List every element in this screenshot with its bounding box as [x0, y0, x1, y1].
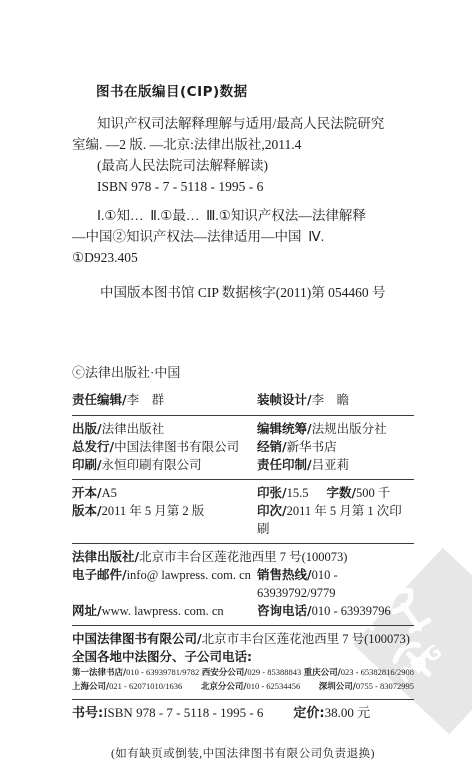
email-label: 电子邮件/	[72, 567, 127, 582]
table-row: 网址/www. lawpress. com. cn 咨询电话/010 - 639…	[72, 602, 414, 620]
print-supervisor-label: 责任印制/	[257, 457, 312, 472]
cip-record-number: 中国版本图书馆 CIP 数据核字(2011)第 054460 号	[100, 281, 414, 301]
designer-value: 李 瞻	[312, 393, 350, 407]
printer-field: 印刷/永恒印刷有限公司	[72, 456, 257, 474]
table-row: 开本/A5 印张/15.5字数/500 千	[72, 484, 414, 502]
impression-label: 印次/	[257, 503, 287, 518]
sheets-words-field: 印张/15.5字数/500 千	[257, 484, 414, 502]
branch-phone: 010 - 62534456	[246, 681, 300, 691]
sheets-label: 印张/	[257, 485, 287, 500]
branch-phone: 021 - 62071010/1636	[109, 681, 182, 691]
branch-entry: 第一法律书店/010 - 63939781/9782	[72, 666, 199, 680]
company-address-row: 中国法律图书有限公司/北京市丰台区莲花池西里 7 号(100073)	[72, 630, 414, 648]
table-row: 电子邮件/info@ lawpress. com. cn 销售热线/010 - …	[72, 566, 414, 602]
return-policy-note: (如有缺页或倒装,中国法律图书有限公司负责退换)	[72, 745, 414, 761]
credits-row: 责任编辑/李 群 装帧设计/李 瞻	[72, 389, 414, 415]
table-row: 版本/2011 年 5 月第 2 版 印次/2011 年 5 月第 1 次印刷	[72, 502, 414, 538]
sheets-value: 15.5	[287, 486, 309, 500]
company-value: 北京市丰台区莲花池西里 7 号(100073)	[202, 632, 410, 646]
press-label: 法律出版社/	[72, 549, 139, 564]
designer-label: 装帧设计/	[257, 392, 312, 407]
seller-value: 新华书店	[287, 440, 337, 454]
print-supervisor-value: 吕亚莉	[312, 458, 350, 472]
publisher-value: 法律出版社	[102, 422, 165, 436]
cip-heading: 图书在版编目(CIP)数据	[96, 80, 414, 100]
table-row: 印刷/永恒印刷有限公司 责任印制/吕亚莉	[72, 456, 414, 474]
price-label: 定价:	[293, 706, 324, 721]
editor-label: 责任编辑/	[72, 392, 127, 407]
branch-label: 第一法律书店/	[72, 668, 126, 678]
book-number-value: ISBN 978 - 7 - 5118 - 1995 - 6	[103, 705, 263, 720]
branch-label: 北京分公司/	[201, 682, 247, 692]
cip-publisher-line: 室编. —2 版. —北京:法律出版社,2011.4	[72, 134, 414, 155]
inquiry-field: 咨询电话/010 - 63939796	[257, 602, 414, 620]
seller-field: 经销/新华书店	[257, 438, 414, 456]
branches-block: 中国法律图书有限公司/北京市丰台区莲花池西里 7 号(100073) 全国各地中…	[72, 625, 414, 699]
branch-phones-row-1: 第一法律书店/010 - 63939781/9782 西安分公司/029 - 8…	[72, 666, 414, 680]
cip-classification-line-3: ①D923.405	[72, 247, 414, 268]
branch-entry: 重庆公司/023 - 65382816/2908	[304, 666, 414, 680]
format-block: 开本/A5 印张/15.5字数/500 千 版本/2011 年 5 月第 2 版…	[72, 479, 414, 543]
contact-block: 法律出版社/北京市丰台区莲花池西里 7 号(100073) 电子邮件/info@…	[72, 543, 414, 625]
website-field: 网址/www. lawpress. com. cn	[72, 602, 257, 620]
format-field: 开本/A5	[72, 484, 257, 502]
table-row: 总发行/中国法律图书有限公司 经销/新华书店	[72, 438, 414, 456]
printer-label: 印刷/	[72, 457, 102, 472]
colophon-table: 责任编辑/李 群 装帧设计/李 瞻 出版/法律出版社 编辑统筹/法规出版分社 总…	[72, 389, 414, 729]
publishing-block: 出版/法律出版社 编辑统筹/法规出版分社 总发行/中国法律图书有限公司 经销/新…	[72, 415, 414, 479]
words-value: 500 千	[356, 486, 390, 500]
price-field: 定价:38.00 元	[293, 703, 370, 724]
branch-label: 深圳公司/	[319, 682, 356, 692]
branch-phone: 010 - 63939781/9782	[126, 667, 199, 677]
branch-label: 重庆公司/	[304, 668, 341, 678]
cip-title-line: 知识产权司法解释理解与适用/最高人民法院研究	[72, 113, 414, 134]
seller-label: 经销/	[257, 439, 287, 454]
inquiry-label: 咨询电话/	[257, 603, 312, 618]
copyright-line: ⓒ法律出版社·中国	[72, 362, 414, 381]
coordination-label: 编辑统筹/	[257, 421, 312, 436]
edition-value: 2011 年 5 月第 2 版	[102, 504, 205, 518]
branch-label: 上海公司/	[72, 682, 109, 692]
press-address-row: 法律出版社/北京市丰台区莲花池西里 7 号(100073)	[72, 548, 414, 566]
branch-entry: 西安分公司/029 - 85388843	[202, 666, 301, 680]
edition-field: 版本/2011 年 5 月第 2 版	[72, 502, 257, 538]
table-row: 出版/法律出版社 编辑统筹/法规出版分社	[72, 420, 414, 438]
edition-label: 版本/	[72, 503, 102, 518]
coordination-value: 法规出版分社	[312, 422, 387, 436]
branch-phone: 029 - 85388843	[247, 667, 301, 677]
branch-label: 西安分公司/	[202, 668, 248, 678]
isbn-price-block: 书号:ISBN 978 - 7 - 5118 - 1995 - 6 定价:38.…	[72, 699, 414, 729]
publisher-label: 出版/	[72, 421, 102, 436]
designer-field: 装帧设计/李 瞻	[257, 391, 414, 409]
branch-phone: 023 - 65382816/2908	[341, 667, 414, 677]
branches-intro-row: 全国各地中法图分、子公司电话:	[72, 648, 414, 666]
branch-entry: 北京分公司/010 - 62534456	[201, 680, 300, 694]
coordination-field: 编辑统筹/法规出版分社	[257, 420, 414, 438]
email-field: 电子邮件/info@ lawpress. com. cn	[72, 566, 257, 602]
book-number-label: 书号:	[72, 706, 103, 721]
words-label: 字数/	[326, 485, 356, 500]
format-label: 开本/	[72, 485, 102, 500]
print-supervisor-field: 责任印制/吕亚莉	[257, 456, 414, 474]
branch-entry: 上海公司/021 - 62071010/1636	[72, 680, 182, 694]
publisher-field: 出版/法律出版社	[72, 420, 257, 438]
cip-series-line: (最高人民法院司法解释解读)	[72, 155, 414, 176]
printer-value: 永恒印刷有限公司	[102, 458, 202, 472]
branch-phone: 0755 - 83072995	[356, 681, 414, 691]
format-value: A5	[102, 486, 117, 500]
company-label: 中国法律图书有限公司/	[72, 631, 202, 646]
website-label: 网址/	[72, 603, 102, 618]
distributor-label: 总发行/	[72, 439, 114, 454]
price-value: 38.00 元	[325, 705, 371, 720]
editor-field: 责任编辑/李 群	[72, 391, 257, 409]
book-number-field: 书号:ISBN 978 - 7 - 5118 - 1995 - 6	[72, 703, 263, 724]
branch-phones-row-2: 上海公司/021 - 62071010/1636 北京分公司/010 - 625…	[72, 680, 414, 694]
website-value: www. lawpress. com. cn	[102, 604, 224, 618]
email-value: info@ lawpress. com. cn	[127, 568, 251, 582]
distributor-field: 总发行/中国法律图书有限公司	[72, 438, 257, 456]
inquiry-value: 010 - 63939796	[312, 604, 391, 618]
branch-entry: 深圳公司/0755 - 83072995	[319, 680, 414, 694]
cip-isbn-line: ISBN 978 - 7 - 5118 - 1995 - 6	[72, 176, 414, 197]
press-value: 北京市丰台区莲花池西里 7 号(100073)	[139, 550, 347, 564]
colophon-page: 图书在版编目(CIP)数据 知识产权司法解释理解与适用/最高人民法院研究 室编.…	[0, 0, 472, 761]
cip-classification-line-2: —中国②知识产权法—法律适用—中国 Ⅳ.	[72, 226, 414, 247]
editor-value: 李 群	[127, 393, 165, 407]
cip-classification-line-1: Ⅰ.①知… Ⅱ.①最… Ⅲ.①知识产权法—法律解释	[72, 205, 414, 226]
hotline-field: 销售热线/010 - 63939792/9779	[257, 566, 414, 602]
hotline-label: 销售热线/	[257, 567, 312, 582]
distributor-value: 中国法律图书有限公司	[114, 440, 239, 454]
impression-field: 印次/2011 年 5 月第 1 次印刷	[257, 502, 414, 538]
